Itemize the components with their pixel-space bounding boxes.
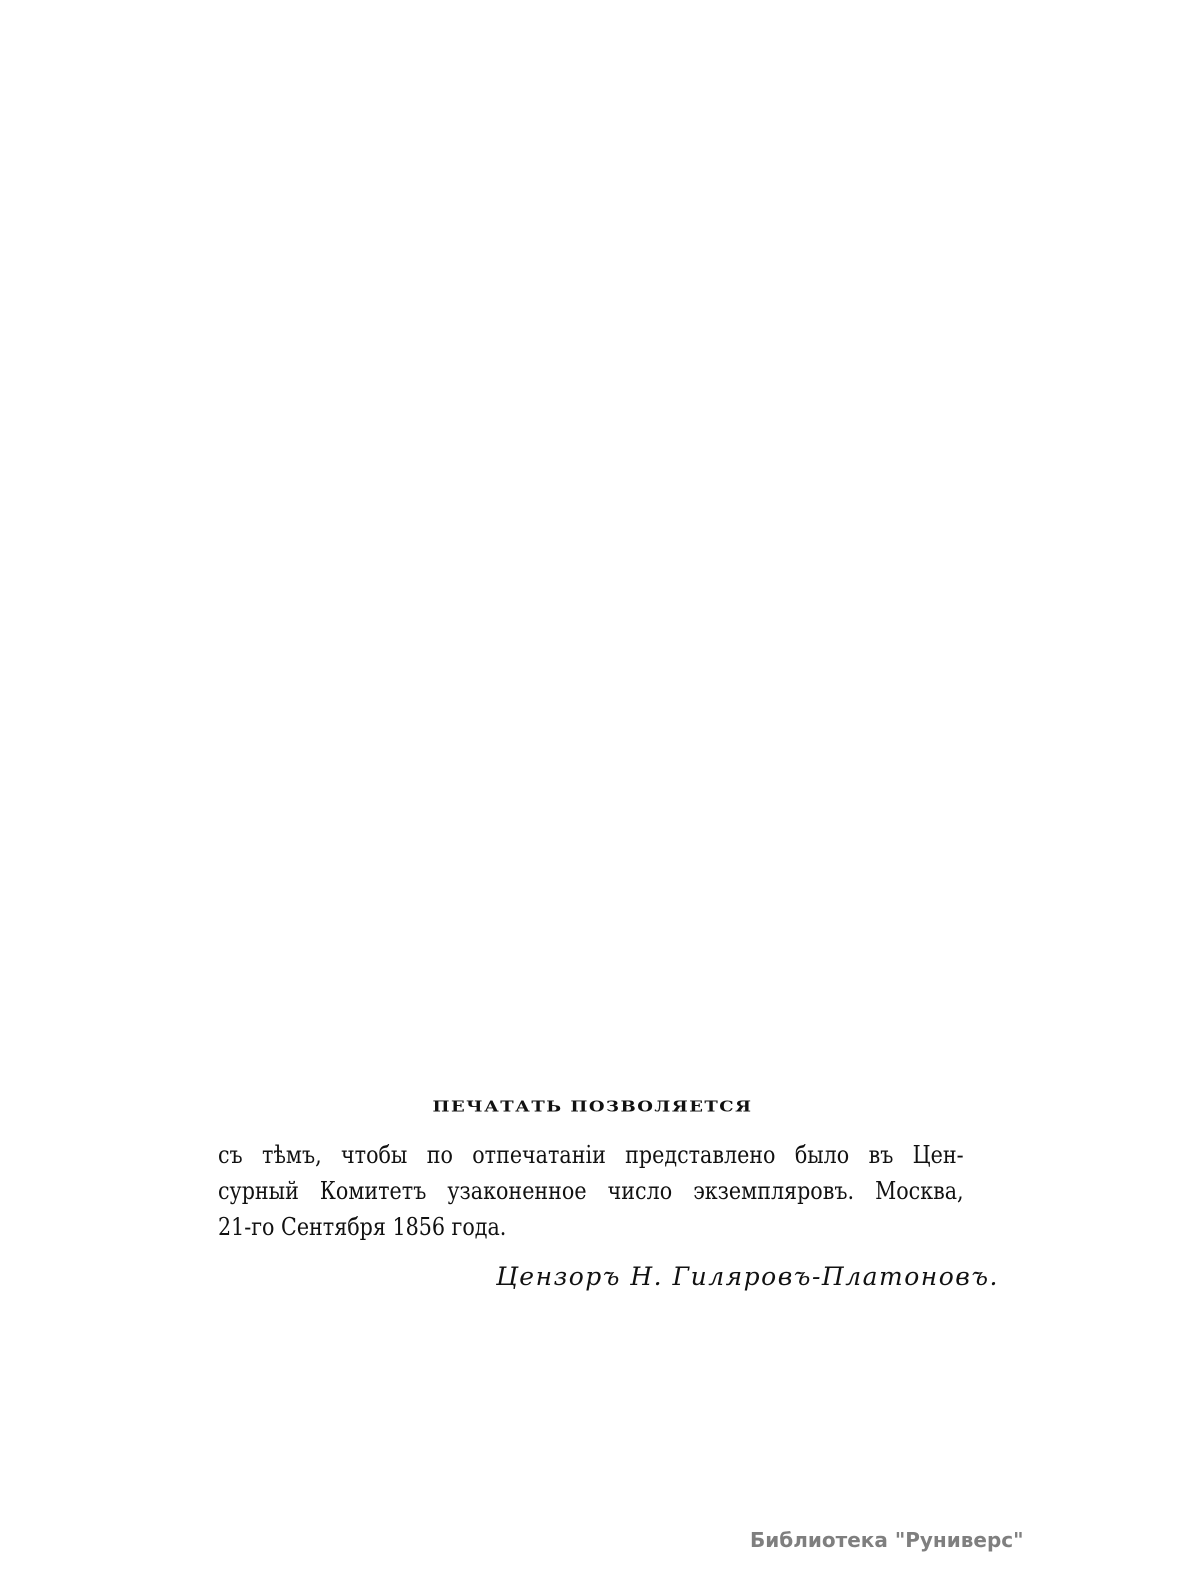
body-line-3: 21-го Сентября 1856 года. xyxy=(218,1213,964,1241)
body-line-1: съ тѣмъ, чтобы по отпечатаніи представле… xyxy=(218,1141,964,1169)
body-line-2: сурный Комитетъ узаконенное число экземп… xyxy=(218,1177,964,1205)
library-watermark: Библиотека "Руниверс" xyxy=(750,1528,1024,1552)
document-page: ПЕЧАТАТЬ ПОЗВОЛЯЕТСЯ съ тѣмъ, чтобы по о… xyxy=(0,0,1200,1589)
censorship-heading: ПЕЧАТАТЬ ПОЗВОЛЯЕТСЯ xyxy=(405,1098,780,1116)
censor-signature: Цензоръ Н. Гиляровъ-Платоновъ. xyxy=(496,1262,999,1291)
